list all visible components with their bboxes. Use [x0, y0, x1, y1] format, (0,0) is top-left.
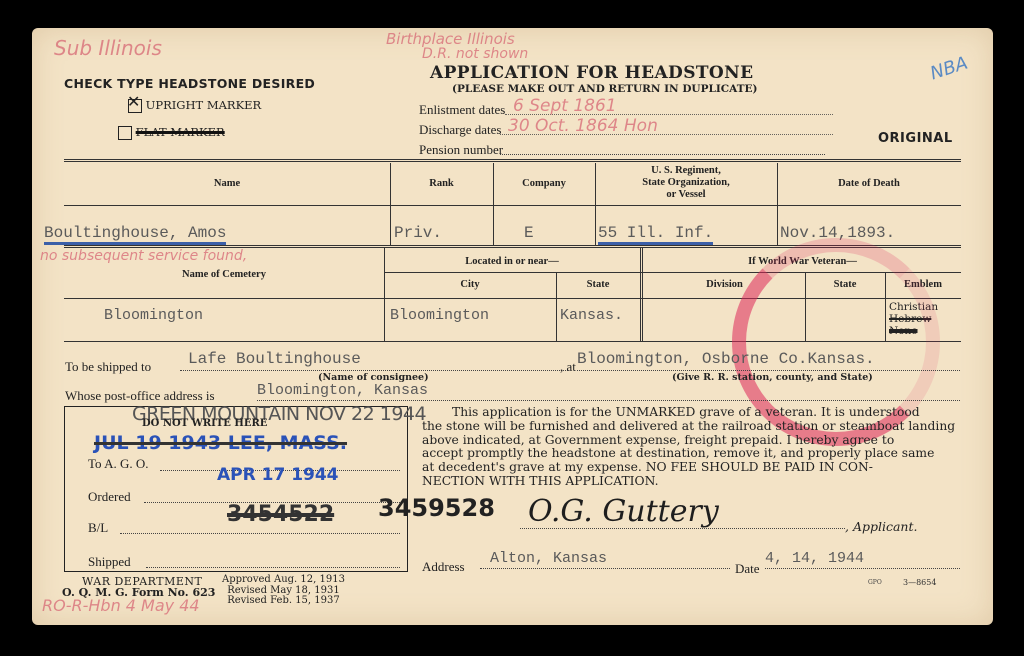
- do-not-write-here: DO NOT WRITE HERE: [142, 418, 267, 429]
- col-rank-header: Rank: [390, 178, 493, 189]
- divider: [390, 163, 391, 245]
- applicant-address-field[interactable]: Alton, Kansas: [480, 550, 730, 569]
- city-header: City: [384, 279, 556, 290]
- lee-mass-stamp-text: JUL 19 1943 LEE, MASS.: [94, 432, 347, 454]
- check-type-title: CHECK TYPE HEADSTONE DESIRED: [64, 76, 315, 91]
- applicant-signature: O.G. Guttery: [528, 494, 719, 529]
- option-upright[interactable]: ✕ UPRIGHT MARKER: [128, 98, 261, 113]
- form-title: APPLICATION FOR HEADSTONE: [430, 63, 753, 83]
- revision-history: Approved Aug. 12, 1913 Revised May 18, 1…: [222, 575, 345, 607]
- annotation-no-service: no subsequent service found,: [40, 248, 247, 264]
- divider: [777, 163, 778, 245]
- discharge-label: Discharge dates: [419, 122, 501, 138]
- address-label: Address: [422, 559, 465, 575]
- located-header: Located in or near—: [384, 256, 640, 267]
- shipped-label: Shipped: [88, 554, 131, 570]
- upright-label: UPRIGHT MARKER: [146, 98, 262, 112]
- agreement-line: NECTION WITH THIS APPLICATION.: [422, 475, 962, 489]
- at-label: , at: [560, 359, 576, 375]
- print-code: 3—8654: [903, 578, 936, 587]
- veteran-rank[interactable]: Priv.: [394, 224, 442, 242]
- cemetery-name-header: Name of Cemetery: [64, 269, 384, 280]
- annotation-top-left: Sub Illinois: [54, 36, 162, 60]
- revised-date-2: Revised Feb. 15, 1937: [222, 596, 345, 607]
- agreement-text: This application is for the UNMARKED gra…: [422, 406, 962, 489]
- veteran-company[interactable]: E: [524, 224, 534, 242]
- state-header: State: [556, 279, 640, 290]
- headstone-application-form: Sub Illinois Birthplace Illinois D.R. no…: [32, 28, 993, 625]
- upright-checkbox[interactable]: ✕: [128, 99, 142, 113]
- shipped-field[interactable]: [146, 555, 400, 568]
- regiment-header-line: or Vessel: [595, 189, 777, 201]
- divider: [493, 163, 494, 245]
- application-date-field[interactable]: 4, 14, 1944: [765, 550, 960, 569]
- agreement-line: This application is for the UNMARKED gra…: [422, 406, 962, 420]
- divider: [64, 205, 961, 206]
- pension-label: Pension number: [419, 142, 503, 158]
- form-subtitle: (PLEASE MAKE OUT AND RETURN IN DUPLICATE…: [452, 83, 757, 95]
- col-death-header: Date of Death: [777, 178, 961, 189]
- date-label: Date: [735, 561, 760, 577]
- cemetery-state[interactable]: Kansas.: [560, 307, 623, 324]
- option-flat[interactable]: FLAT MARKER: [118, 125, 225, 140]
- agreement-line: above indicated, at Government expense, …: [422, 434, 962, 448]
- ordered-label: Ordered: [88, 489, 131, 505]
- bl-label: B/L: [88, 520, 108, 536]
- pension-field[interactable]: [500, 140, 825, 155]
- applicant-label: , Applicant.: [845, 519, 917, 534]
- veteran-regiment[interactable]: 55 Ill. Inf.: [598, 224, 713, 245]
- divider: [64, 159, 961, 162]
- lee-mass-stamp: JUL 19 1943 LEE, MASS.: [94, 432, 347, 454]
- col-regiment-header: U. S. Regiment, State Organization, or V…: [595, 165, 777, 201]
- cemetery-city[interactable]: Bloomington: [390, 307, 489, 324]
- ship-to-label: To be shipped to: [65, 359, 151, 375]
- enlistment-label: Enlistment dates: [419, 102, 505, 118]
- bl-number-old: 3454522: [227, 502, 334, 527]
- to-ago-label: To A. G. O.: [88, 456, 148, 472]
- flat-checkbox[interactable]: [118, 126, 132, 140]
- annotation-nba: NBA: [928, 53, 971, 85]
- original-label: ORIGINAL: [878, 131, 953, 146]
- apr-stamp: APR 17 1944: [217, 465, 339, 485]
- annotation-bottom-left: RO-R-Hbn 4 May 44: [42, 596, 200, 615]
- gpo-mark: GPO: [868, 579, 882, 586]
- bl-number-new: 3459528: [378, 494, 495, 522]
- approved-date: Approved Aug. 12, 1913: [222, 575, 345, 586]
- po-address-field[interactable]: Bloomington, Kansas: [257, 382, 960, 401]
- agreement-line: the stone will be furnished and delivere…: [422, 420, 962, 434]
- veteran-name[interactable]: Boultinghouse, Amos: [44, 224, 226, 245]
- enlistment-field[interactable]: 6 Sept 1861: [505, 96, 833, 115]
- annotation-dr: D.R. not shown: [422, 46, 528, 62]
- consignee-field[interactable]: Lafe Boultinghouse: [180, 350, 568, 371]
- agreement-line: at decedent's grave at my expense. NO FE…: [422, 461, 962, 475]
- col-name-header: Name: [64, 178, 390, 189]
- agreement-line: accept promptly the headstone at destina…: [422, 447, 962, 461]
- station-field[interactable]: Bloomington, Osborne Co.Kansas.: [577, 350, 960, 371]
- col-company-header: Company: [493, 178, 595, 189]
- cemetery-name[interactable]: Bloomington: [104, 307, 203, 324]
- divider: [640, 248, 643, 341]
- regiment-header-line: State Organization,: [595, 177, 777, 189]
- regiment-header-line: U. S. Regiment,: [595, 165, 777, 177]
- discharge-field[interactable]: 30 Oct. 1864 Hon: [500, 116, 833, 135]
- flat-label: FLAT MARKER: [136, 125, 225, 139]
- po-address-label: Whose post-office address is: [65, 388, 215, 404]
